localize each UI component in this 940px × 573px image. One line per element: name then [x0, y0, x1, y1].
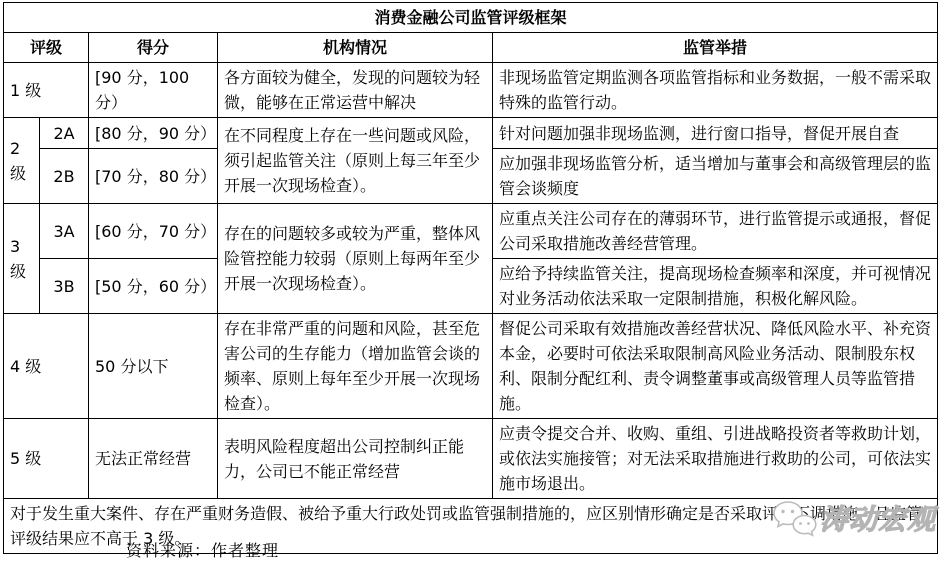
table-title: 消费金融公司监管评级框架: [4, 3, 938, 33]
header-rating: 评级: [4, 33, 89, 63]
level2-rating-line1: 2: [10, 136, 33, 161]
level3-rating-line2: 级: [10, 259, 33, 284]
level2b-score: [70 分，80 分）: [89, 149, 218, 204]
level3a-score: [60 分，70 分）: [89, 204, 218, 259]
level1-measures: 非现场监管定期监测各项监管指标和业务数据，一般不需采取特殊的监管行动。: [493, 63, 938, 118]
page: 消费金融公司监管评级框架 评级 得分 机构情况 监管举措 1 级 [90 分，1…: [0, 0, 940, 573]
table-row-level5: 5 级 无法正常经营 表明风险程度超出公司控制纠正能力，公司已不能正常经营 应责…: [4, 419, 938, 499]
header-row: 评级 得分 机构情况 监管举措: [4, 33, 938, 63]
title-row: 消费金融公司监管评级框架: [4, 3, 938, 33]
table-row-level2a: 2 级 2A [80 分，90 分） 在不同程度上存在一些问题或风险，须引起监管…: [4, 118, 938, 149]
level4-rating: 4 级: [4, 314, 89, 419]
level2a-measures: 针对问题加强非现场监测，进行窗口指导，督促开展自查: [493, 118, 938, 149]
level5-rating: 5 级: [4, 419, 89, 499]
level3a-sublabel: 3A: [40, 204, 89, 259]
wechat-icon: [771, 497, 817, 543]
level4-score: 50 分以下: [89, 314, 218, 419]
rating-framework-table: 消费金融公司监管评级框架 评级 得分 机构情况 监管举措 1 级 [90 分，1…: [3, 2, 938, 554]
level1-score: [90 分，100 分）: [89, 63, 218, 118]
level2b-measures: 应加强非现场监管分析，适当增加与董事会和高级管理层的监管会谈频度: [493, 149, 938, 204]
header-measures: 监管举措: [493, 33, 938, 63]
level2a-sublabel: 2A: [40, 118, 89, 149]
level4-institution: 存在非常严重的问题和风险，甚至危害公司的生存能力（增加监管会谈的频率、原则上每年…: [218, 314, 493, 419]
watermark: 涛动宏观: [771, 497, 936, 543]
level2-institution: 在不同程度上存在一些问题或风险，须引起监管关注（原则上每三年至少开展一次现场检查…: [218, 118, 493, 204]
level5-score: 无法正常经营: [89, 419, 218, 499]
level2a-score: [80 分，90 分）: [89, 118, 218, 149]
level1-institution: 各方面较为健全，发现的问题较为轻微，能够在正常运营中解决: [218, 63, 493, 118]
level3b-score: [50 分，60 分）: [89, 259, 218, 314]
header-score: 得分: [89, 33, 218, 63]
level4-measures: 督促公司采取有效措施改善经营状况、降低风险水平、补充资本金，必要时可依法采取限制…: [493, 314, 938, 419]
level1-rating: 1 级: [4, 63, 89, 118]
table-row-level4: 4 级 50 分以下 存在非常严重的问题和风险，甚至危害公司的生存能力（增加监管…: [4, 314, 938, 419]
level3b-sublabel: 3B: [40, 259, 89, 314]
level2-rating-line2: 级: [10, 161, 33, 186]
watermark-label: 涛动宏观: [820, 498, 936, 542]
level3-rating-line1: 3: [10, 234, 33, 259]
level3-rating: 3 级: [4, 204, 40, 314]
source-note: 资料来源：作者整理: [126, 538, 279, 561]
level3a-measures: 应重点关注公司存在的薄弱环节，进行监管提示或通报，督促公司采取措施改善经营管理。: [493, 204, 938, 259]
level5-institution: 表明风险程度超出公司控制纠正能力，公司已不能正常经营: [218, 419, 493, 499]
table-row-level3a: 3 级 3A [60 分，70 分） 存在的问题较多或较为严重，整体风险管控能力…: [4, 204, 938, 259]
level2-rating: 2 级: [4, 118, 40, 204]
level2b-sublabel: 2B: [40, 149, 89, 204]
level3-institution: 存在的问题较多或较为严重，整体风险管控能力较弱（原则上每两年至少开展一次现场检查…: [218, 204, 493, 314]
level5-measures: 应责令提交合并、收购、重组、引进战略投资者等救助计划，或依法实施接管；对无法采取…: [493, 419, 938, 499]
table-row-level1: 1 级 [90 分，100 分） 各方面较为健全，发现的问题较为轻微，能够在正常…: [4, 63, 938, 118]
level3b-measures: 应给予持续监管关注，提高现场检查频率和深度，并可视情况对业务活动依法采取一定限制…: [493, 259, 938, 314]
header-institution: 机构情况: [218, 33, 493, 63]
